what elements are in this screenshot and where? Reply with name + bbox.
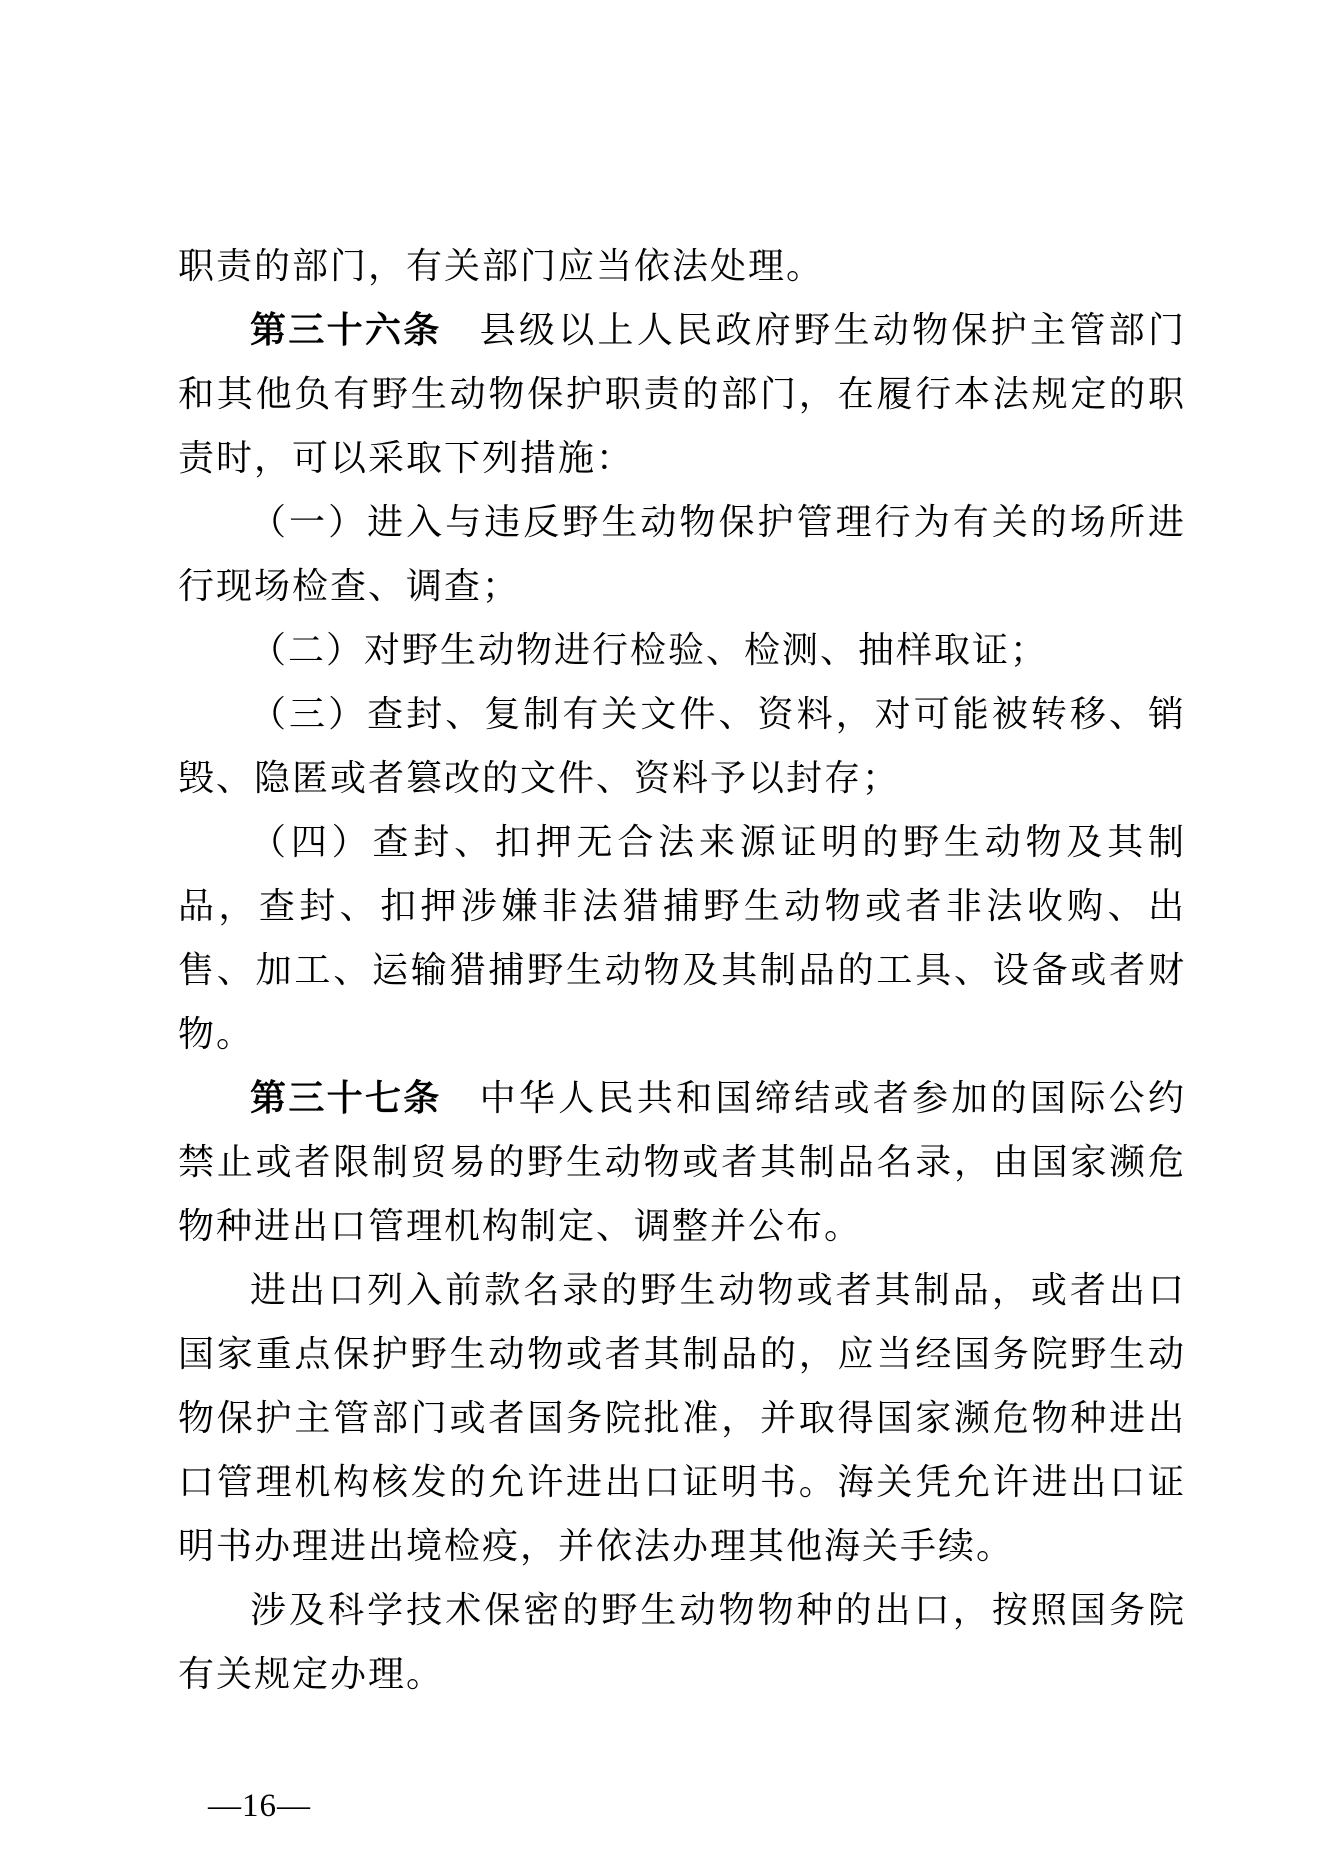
paragraph-text: （一）进入与违反野生动物保护管理行为有关的场所进行现场检查、调查； (178, 502, 1186, 606)
paragraph-article-37-clause-3: 涉及科学技术保密的野生动物物种的出口，按照国务院有关规定办理。 (178, 1578, 1186, 1706)
paragraph-text: 进出口列入前款名录的野生动物或者其制品，或者出口国家重点保护野生动物或者其制品的… (178, 1270, 1186, 1566)
paragraph-clause-1: （一）进入与违反野生动物保护管理行为有关的场所进行现场检查、调查； (178, 490, 1186, 618)
paragraph-clause-3: （三）查封、复制有关文件、资料，对可能被转移、销毁、隐匿或者篡改的文件、资料予以… (178, 682, 1186, 810)
paragraph-text: （四）查封、扣押无合法来源证明的野生动物及其制品，查封、扣押涉嫌非法猎捕野生动物… (178, 822, 1186, 1054)
paragraph-article-37: 第三十七条中华人民共和国缔结或者参加的国际公约禁止或者限制贸易的野生动物或者其制… (178, 1066, 1186, 1258)
article-37-number: 第三十七条 (250, 1077, 442, 1118)
paragraph-article-37-clause-2: 进出口列入前款名录的野生动物或者其制品，或者出口国家重点保护野生动物或者其制品的… (178, 1258, 1186, 1578)
paragraph-continuation: 职责的部门，有关部门应当依法处理。 (178, 234, 1186, 298)
paragraph-clause-2: （二）对野生动物进行检验、检测、抽样取证； (178, 618, 1186, 682)
document-page: 职责的部门，有关部门应当依法处理。 第三十六条县级以上人民政府野生动物保护主管部… (0, 0, 1323, 1871)
paragraph-text: 涉及科学技术保密的野生动物物种的出口，按照国务院有关规定办理。 (178, 1590, 1186, 1694)
paragraph-article-36: 第三十六条县级以上人民政府野生动物保护主管部门和其他负有野生动物保护职责的部门，… (178, 298, 1186, 490)
document-body: 职责的部门，有关部门应当依法处理。 第三十六条县级以上人民政府野生动物保护主管部… (178, 234, 1186, 1706)
paragraph-text: 职责的部门，有关部门应当依法处理。 (178, 246, 824, 286)
article-36-number: 第三十六条 (250, 309, 442, 350)
paragraph-text: （三）查封、复制有关文件、资料，对可能被转移、销毁、隐匿或者篡改的文件、资料予以… (178, 694, 1186, 798)
page-number: —16— (208, 1786, 311, 1826)
paragraph-text: （二）对野生动物进行检验、检测、抽样取证； (250, 630, 1048, 670)
paragraph-clause-4: （四）查封、扣押无合法来源证明的野生动物及其制品，查封、扣押涉嫌非法猎捕野生动物… (178, 810, 1186, 1066)
